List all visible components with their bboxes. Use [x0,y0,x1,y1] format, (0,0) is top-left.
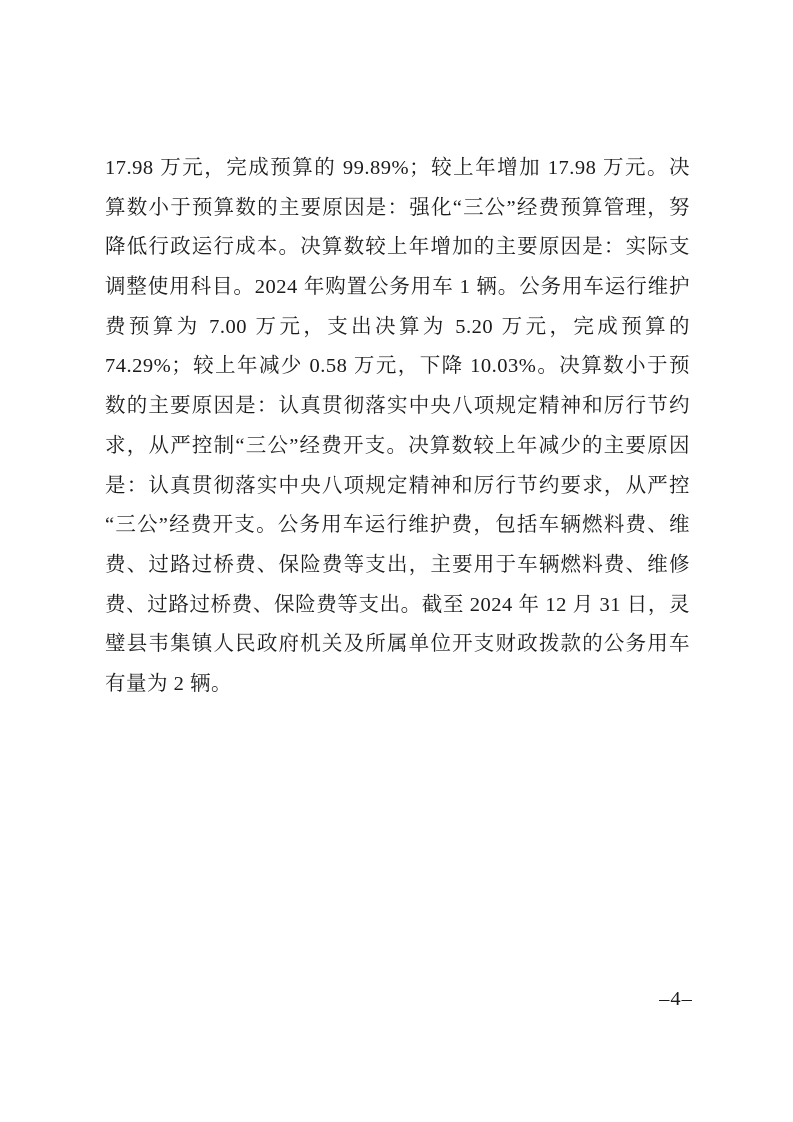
body-text-line: 调整使用科目。2024 年购置公务用车 1 辆。公务用车运行维护 [105,268,690,308]
body-text-line: 璧县韦集镇人民政府机关及所属单位开支财政拨款的公务用车保 [105,625,690,665]
body-text-line: 17.98 万元，完成预算的 99.89%；较上年增加 17.98 万元。决 [105,149,690,189]
body-text-line: 74.29%；较上年减少 0.58 万元，下降 10.03%。决算数小于预算 [105,347,690,387]
body-text-line: 费预算为 7.00 万元，支出决算为 5.20 万元，完成预算的 [105,308,690,348]
body-text-line: 求，从严控制“三公”经费开支。决算数较上年减少的主要原因 [105,427,690,467]
body-text-line: 算数小于预算数的主要原因是：强化“三公”经费预算管理，努力 [105,189,690,229]
body-text-line: “三公”经费开支。公务用车运行维护费，包括车辆燃料费、维修 [105,506,690,546]
document-page: 17.98 万元，完成预算的 99.89%；较上年增加 17.98 万元。决 算… [0,0,793,1122]
body-text-line: 数的主要原因是：认真贯彻落实中央八项规定精神和厉行节约要 [105,387,690,427]
body-text-line: 费、过路过桥费、保险费等支出。截至 2024 年 12 月 31 日，灵 [105,586,690,626]
body-text-line: 降低行政运行成本。决算数较上年增加的主要原因是：实际支出 [105,228,690,268]
body-text-line: 费、过路过桥费、保险费等支出，主要用于车辆燃料费、维修 [105,546,690,586]
page-number: –4– [652,986,700,1012]
body-text-line: 是：认真贯彻落实中央八项规定精神和厉行节约要求，从严控制 [105,467,690,507]
body-text: 17.98 万元，完成预算的 99.89%；较上年增加 17.98 万元。决 算… [105,149,690,705]
body-text-line: 有量为 2 辆。 [105,665,690,705]
